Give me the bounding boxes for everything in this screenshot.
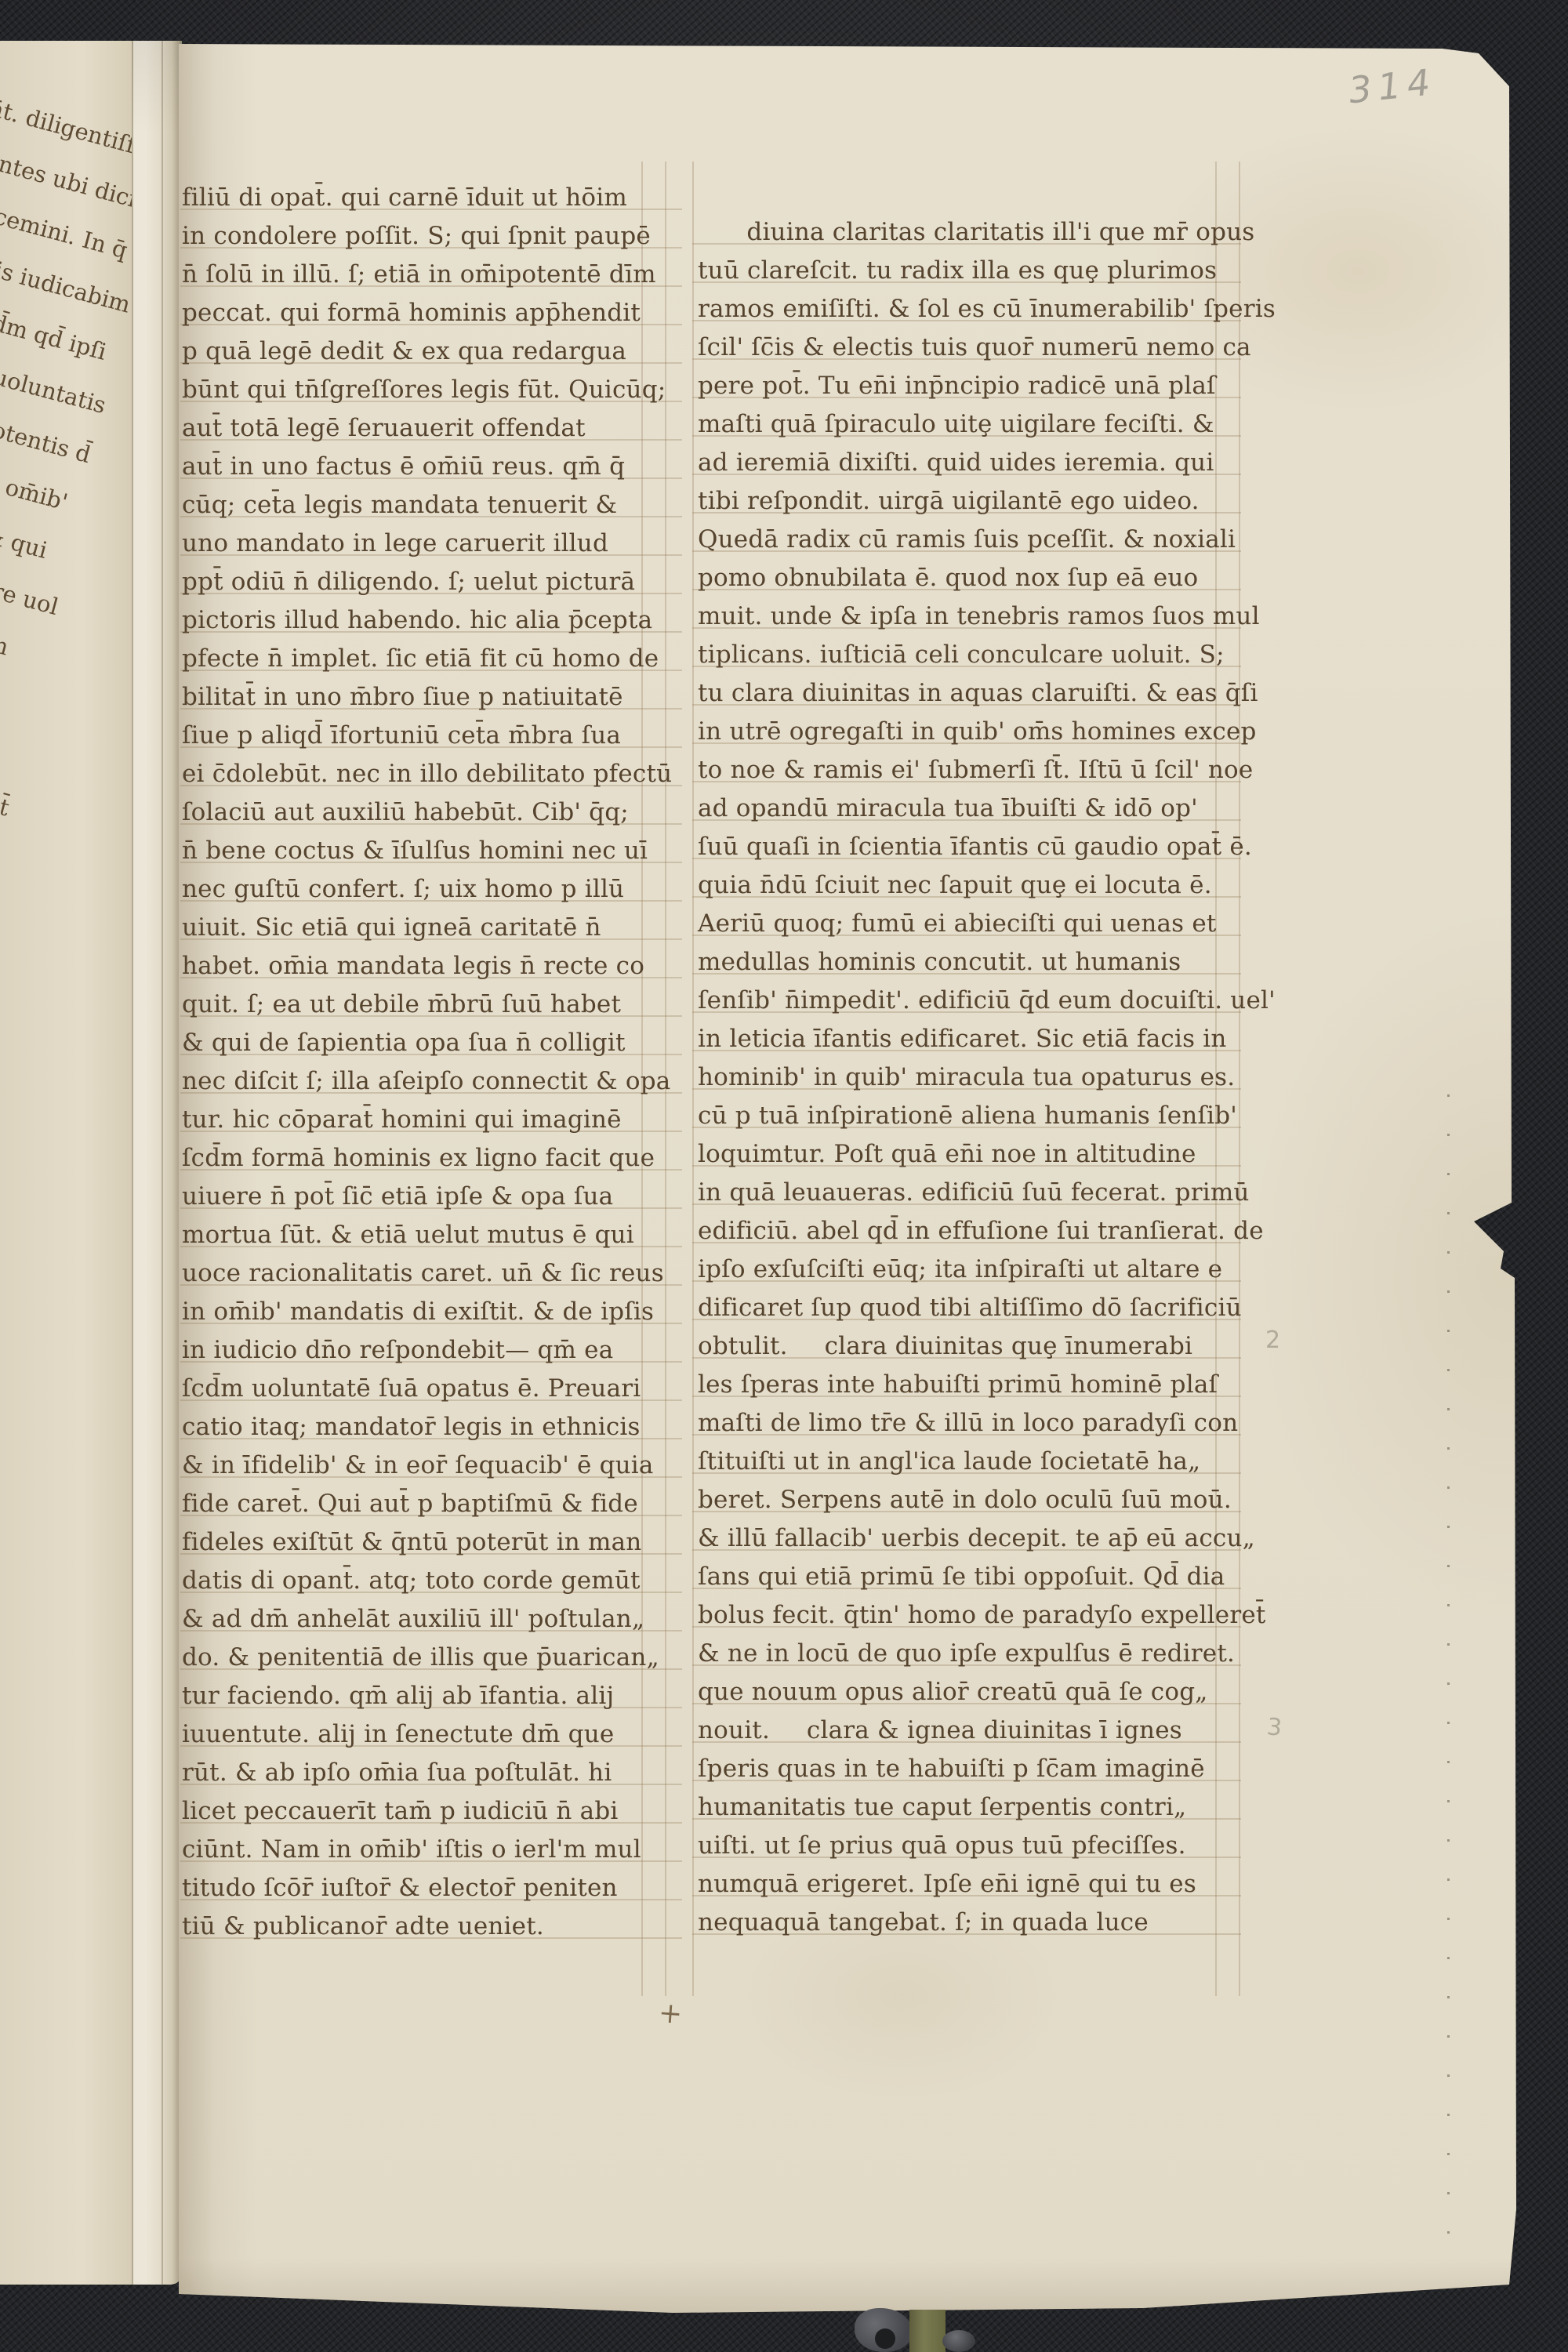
manuscript-text-line: ppt̄ odiū n̄ diligendo. ſ; uelut picturā: [182, 563, 684, 601]
manuscript-text-line: humanitatis tue caput ſerpentis contri„: [698, 1788, 1231, 1827]
manuscript-text-line: ſans qui etiā primū ſe tibi oppoſuit. Qd…: [698, 1558, 1231, 1596]
manuscript-text-line: ſtituiſti ut in angl'ica laude ſocietatē…: [698, 1443, 1231, 1481]
manuscript-text-line: numquā erigeret. Ipſe en̄i ignē qui tu e…: [698, 1865, 1231, 1904]
manuscript-text-line: do. & penitentiā de illis que p̄uarican„: [182, 1639, 684, 1677]
manuscript-text-line: edificiū. abel qd̄ in effuſione ſui tran…: [698, 1212, 1231, 1250]
ink-cross-mark: +: [658, 1997, 684, 2031]
manuscript-text-line: dificaret ſup quod tibi altiſſimo dō ſac…: [698, 1289, 1231, 1327]
manuscript-text-line: habet. om̄ia mandata legis n̄ recte co: [182, 947, 684, 985]
manuscript-text-line: peccat. qui formā hominis app̄hendit: [182, 294, 684, 332]
manuscript-text-line: bilitat̄ in uno m̄bro ſiue p natiuitatē: [182, 678, 684, 717]
manuscript-text-line: ſenſib' n̄impedit'. edificiū q̄d eum doc…: [698, 982, 1231, 1020]
manuscript-text-line: to noe & ramis ei' ſubmerſi ſt̄. Iſtū ū …: [698, 751, 1231, 789]
manuscript-text-line: tur. hic cōparat̄ homini qui imaginē: [182, 1101, 684, 1139]
manuscript-text-line: que nouum opus alior̄ creatū quā ſe cog„: [698, 1673, 1231, 1711]
manuscript-text-line: pomo obnubilata ē. quod nox ſup eā euo: [698, 559, 1231, 597]
recto-page: filiū di opat̄. qui carnē īduit ut hōimi…: [179, 44, 1519, 2313]
vertical-ruling-line: [692, 162, 694, 1996]
manuscript-text-line: ſiue p aliqd̄ īfortuniū cet̄a m̄bra ſua: [182, 717, 684, 755]
manuscript-text-line: catio itaq; mandator̄ legis in ethnicis: [182, 1408, 684, 1446]
manuscript-text-line: Quedā radix cū ramis ſuis pceſſit. & nox…: [698, 521, 1231, 559]
manuscript-text-line: uiſti. ut ſe prius quā opus tuū pfeciſſe…: [698, 1827, 1231, 1865]
gutter-crease-line: [162, 41, 163, 2285]
manuscript-photo: { "document": { "folio_number": "314", "…: [0, 0, 1568, 2352]
manuscript-text-line: rūt. & ab ipſo om̄ia ſua poſtulāt. hi: [182, 1754, 684, 1792]
manuscript-text-line: n̄ bene coctus & īſulſus homini nec uī: [182, 832, 684, 870]
manuscript-text-line: beret. Serpens autē in dolo oculū ſuū mo…: [698, 1481, 1231, 1519]
manuscript-text-line: les ſperas inte habuiſti primū hominē pl…: [698, 1366, 1231, 1404]
manuscript-text-line: nequaquā tangebat. ſ; in quada luce: [698, 1904, 1231, 1942]
manuscript-text-line: ſperis quas in te habuiſti p ſc̄am imagi…: [698, 1750, 1231, 1788]
manuscript-text-line: mortua ſūt. & etiā uelut mutus ē qui: [182, 1216, 684, 1254]
manuscript-text-line: pfecte n̄ implet. ſic etiā fit cū homo d…: [182, 640, 684, 678]
manuscript-text-line: & ad dm̄ anhelāt auxiliū ill' poſtulan„: [182, 1600, 684, 1639]
manuscript-text-line: ſcil' ſc̄is & electis tuis quor̄ numerū …: [698, 328, 1231, 367]
manuscript-text-line: filiū di opat̄. qui carnē īduit ut hōim: [182, 179, 684, 217]
manuscript-text-line: muit. unde & ipſa in tenebris ramos ſuos…: [698, 597, 1231, 636]
manuscript-text-line: medullas hominis concutit. ut humanis: [698, 943, 1231, 982]
manuscript-text-line: cū p tuā inſpirationē aliena humanis ſen…: [698, 1097, 1231, 1135]
manuscript-text-line: nec guſtū confert. ſ; uix homo p illū: [182, 870, 684, 909]
manuscript-text-line: ad ieremiā dixiſti. quid uides ieremia. …: [698, 444, 1231, 482]
manuscript-text-line: pictoris illud habendo. hic alia p̄cepta: [182, 601, 684, 640]
text-column-left: filiū di opat̄. qui carnē īduit ut hōimi…: [182, 179, 684, 1946]
pencil-margin-number-3: 3: [1265, 1713, 1283, 1742]
manuscript-text-line: ſuū quaſi in ſcientia īfantis cū gaudio …: [698, 828, 1231, 866]
book-clamp-knob-icon: [942, 2330, 975, 2352]
text-column-right: diuina claritas claritatis ill'i que mr̄…: [698, 213, 1231, 1942]
manuscript-text-line: ad opandū miracula tua ībuiſti & idō op': [698, 789, 1231, 828]
manuscript-text-line: in condolere poſſit. S; qui ſpnit paupē: [182, 217, 684, 256]
manuscript-text-line: loquimtur. Poſt quā en̄i noe in altitudi…: [698, 1135, 1231, 1174]
manuscript-text-line: p quā legē dedit & ex qua redargua: [182, 332, 684, 371]
manuscript-text-line: bolus fecit. q̄tin' homo de paradyſo exp…: [698, 1596, 1231, 1635]
manuscript-text-line: ſcd̄m formā hominis ex ligno facit que: [182, 1139, 684, 1178]
manuscript-text-line: tiū & publicanor̄ adte ueniet.: [182, 1907, 684, 1946]
manuscript-text-line: tu clara diuinitas in aquas claruiſti. &…: [698, 674, 1231, 713]
manuscript-text-line: nec diſcit ſ; illa aſeipſo connectit & o…: [182, 1062, 684, 1101]
manuscript-text-line: in om̄ib' mandatis di exiſtit. & de ipſi…: [182, 1293, 684, 1331]
manuscript-text-line: in leticia īfantis edificaret. Sic etiā …: [698, 1020, 1231, 1058]
manuscript-text-line: maſti quā ſpiraculo uitȩ uigilare feciſt…: [698, 405, 1231, 444]
folio-number: 314: [1347, 53, 1508, 112]
manuscript-text-line: tiplicans. iuſticiā celi conculcare uolu…: [698, 636, 1231, 674]
manuscript-text-line: tur faciendo. qm̄ alij ab īfantia. alij: [182, 1677, 684, 1715]
pencil-margin-number-2: 2: [1265, 1327, 1280, 1354]
manuscript-text-line: quia n̄dū ſciuit nec ſapuit quȩ ei locut…: [698, 866, 1231, 905]
manuscript-text-line: & ne in locū de quo ipſe expulſus ē redi…: [698, 1635, 1231, 1673]
book-clamp-hook-icon: [855, 2308, 913, 2352]
fore-edge-band: [132, 41, 182, 2285]
manuscript-text-line: uiuere n̄ pot̄ ſic̄ etiā ipſe & opa ſua: [182, 1178, 684, 1216]
manuscript-text-line: pere pot̄. Tu en̄i inp̄ncipio radicē unā…: [698, 367, 1231, 405]
manuscript-text-line: ramos emiſiſti. & ſol es cū īnumerabilib…: [698, 290, 1231, 328]
manuscript-text-line: licet peccauerīt tam̄ p iudiciū n̄ abi: [182, 1792, 684, 1831]
manuscript-text-line: in quā leuaueras. edificiū ſuū fecerat. …: [698, 1174, 1231, 1212]
manuscript-text-line: ciūnt. Nam in om̄ib' iſtis o ierl'm mul: [182, 1831, 684, 1869]
manuscript-text-line: quit. ſ; ea ut debile m̄brū ſuū habet: [182, 985, 684, 1024]
book-clamp-strap: [909, 2310, 946, 2352]
pricking-dots: [1447, 1094, 1450, 2270]
vertical-ruling-line: [1239, 162, 1240, 1996]
manuscript-text-line: nouit. clara & ignea diuinitas ī ignes: [698, 1711, 1231, 1750]
manuscript-text-line: iuuentute. alij in ſenectute dm̄ que: [182, 1715, 684, 1754]
manuscript-text-line: būnt qui tn̄ſgreſſores legis fūt. Quicūq…: [182, 371, 684, 409]
manuscript-text-line: & illū fallacib' uerbis decepit. te ap̄ …: [698, 1519, 1231, 1558]
manuscript-text-line: datis di opant̄. atq; toto corde gemūt: [182, 1562, 684, 1600]
manuscript-text-line: uno mandato in lege caruerit illud: [182, 524, 684, 563]
manuscript-text-line: Aeriū quoq; fumū ei abieciſti qui uenas …: [698, 905, 1231, 943]
manuscript-text-line: aut̄ in uno factus ē om̄iū reus. qm̄ q̄: [182, 448, 684, 486]
manuscript-text-line: uoce racionalitatis caret. un̄ & ſic reu…: [182, 1254, 684, 1293]
manuscript-text-line: uiuit. Sic etiā qui igneā caritatē n̄: [182, 909, 684, 947]
manuscript-text-line: hominib' in quib' miracula tua opaturus …: [698, 1058, 1231, 1097]
manuscript-text-line: aut̄ totā legē ſeruauerit offendat: [182, 409, 684, 448]
manuscript-text-line: obtulit. clara diuinitas quȩ īnumerabi: [698, 1327, 1231, 1366]
manuscript-text-line: tuū clareſcit. tu radix illa es quȩ plur…: [698, 252, 1231, 290]
manuscript-text-line: & qui de ſapientia opa ſua n̄ colligit: [182, 1024, 684, 1062]
manuscript-text-line: in iudicio dn̄o reſpondebit— qm̄ ea: [182, 1331, 684, 1370]
manuscript-text-line: ipſo exſuſciſti eūq; ita inſpiraſti ut a…: [698, 1250, 1231, 1289]
manuscript-text-line: & in īfidelib' & in eor̄ ſequacib' ē qui…: [182, 1446, 684, 1485]
manuscript-text-line: fide caret̄. Qui aut̄ p baptiſmū & fide: [182, 1485, 684, 1523]
manuscript-text-line: titudo ſcōr̄ iuſtor̄ & elector̄ peniten: [182, 1869, 684, 1907]
manuscript-text-line: cūq; cet̄a legis mandata tenuerit &: [182, 486, 684, 524]
manuscript-text-line: tibi reſpondit. uirgā uigilantē ego uide…: [698, 482, 1231, 521]
manuscript-text-line: n̄ ſolū in illū. ſ; etiā in om̄ipotentē …: [182, 256, 684, 294]
manuscript-text-line: diuina claritas claritatis ill'i que mr̄…: [698, 213, 1231, 252]
manuscript-text-line: ei c̄dolebūt. nec in illo debilitato pfe…: [182, 755, 684, 793]
manuscript-text-line: ſolaciū aut auxiliū habebūt. Cib' q̄q;: [182, 793, 684, 832]
manuscript-text-line: in utrē ogregaſti in quib' om̄s homines …: [698, 713, 1231, 751]
manuscript-text-line: ſcd̄m uoluntatē ſuā opatus ē. Preuari: [182, 1370, 684, 1408]
manuscript-text-line: maſti de limo tr̄e & illū in loco parady…: [698, 1404, 1231, 1443]
manuscript-text-line: fideles exiſtūt & q̄ntū poterūt in man: [182, 1523, 684, 1562]
